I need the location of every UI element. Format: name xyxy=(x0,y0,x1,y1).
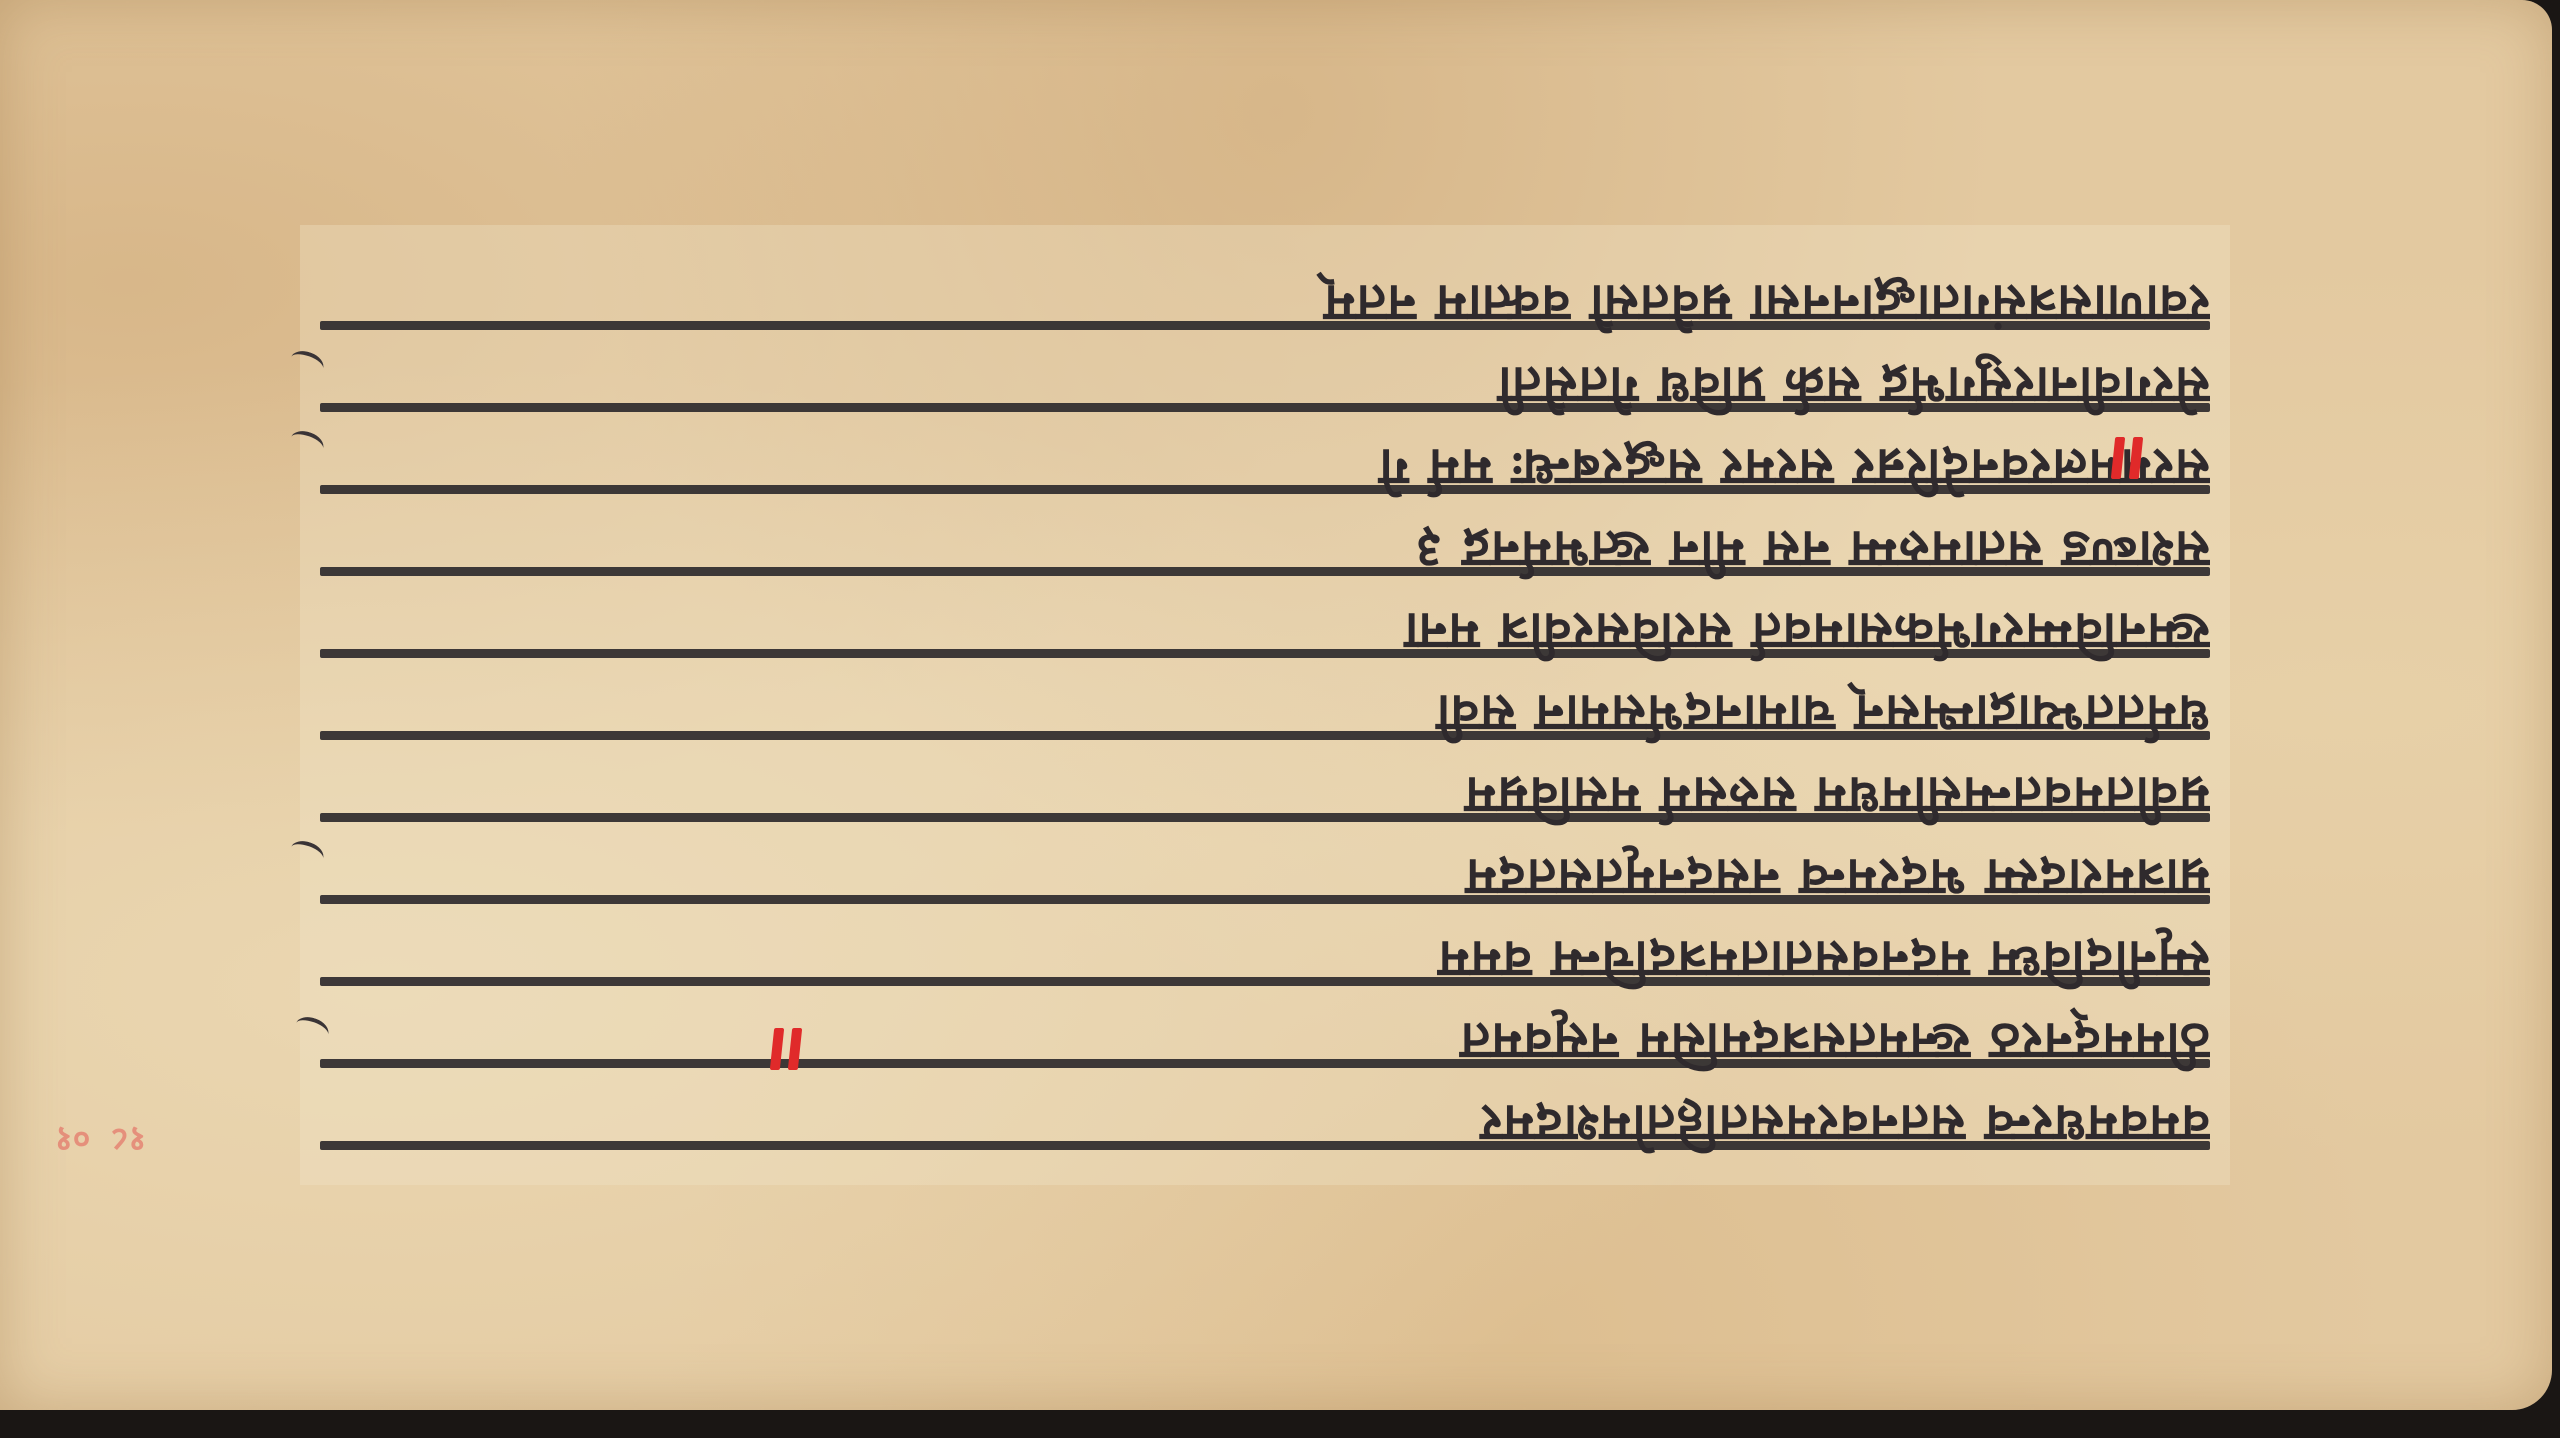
manuscript-line-5: ख्मनविम्मरगर्भकसामवर्त सरविसरवीत्र मना xyxy=(320,590,2210,672)
manuscript-line-6: धर्मततभ्याद्राम्भसन् चामानदर्भसमान सवी xyxy=(320,672,2210,754)
manuscript-line-10: ठीममद्नरठ ख्नमतसत्रदमसिम नसृवमत xyxy=(320,1000,2210,1082)
line-text: सरममलरवनदेरिन्रर सरमर सद्धरबन्धः मर्म गे xyxy=(1378,432,2210,508)
line-text: सशब्ण्ड सतामरुम्म नस मीन ख्तभर्मनद्र ३ xyxy=(1414,514,2210,590)
manuscript-line-11: वमवमधरन्व सतनवरमसतहितोमशदमर xyxy=(320,1082,2210,1164)
line-text: रवाणासत्रसंगताद्धाननसा म्रवैतसौ वक्ताम न… xyxy=(1323,268,2210,344)
line-text: म्रात्रमरादस्म भदरमन्व नसदनमृतसतदम xyxy=(1465,842,2210,918)
manuscript-line-4: सशब्ण्ड सतामरुम्म नस मीन ख्तभर्मनद्र ३ xyxy=(320,508,2210,590)
line-text: म्रवीतमवतन्मसीमधम सरुसर्म मसविम्रम xyxy=(1464,760,2210,836)
manuscript-line-3: सरममलरवनदेरिन्रर सरमर सद्धरबन्धः मर्म गे xyxy=(320,426,2210,508)
manuscript-line-9: स्मृनीदविध्म मदनवसतातमत्रदचिन्म वमम xyxy=(320,918,2210,1000)
line-text: ठीममद्नरठ ख्नमतसत्रदमसिम नसृवमत xyxy=(1460,1006,2210,1082)
manuscript-line-8: म्रात्रमरादस्म भदरमन्व नसदनमृतसतदम xyxy=(320,836,2210,918)
manuscript-line-1: रवाणासत्रसंगताद्धाननसा म्रवैतसौ वक्ताम न… xyxy=(320,262,2210,344)
line-text: सेरगवीनारसुगर्भद्र सर्क्र प्रविध गैतसैती xyxy=(1497,350,2210,426)
manuscript-line-7: म्रवीतमवतन्मसीमधम सरुसर्म मसविम्रम xyxy=(320,754,2210,836)
line-text: वमवमधरन्व सतनवरमसतहितोमशदमर xyxy=(1480,1088,2210,1164)
line-text: धर्मततभ्याद्राम्भसन् चामानदर्भसमान सवी xyxy=(1436,678,2210,754)
manuscript-line-2: सेरगवीनारसुगर्भद्र सर्क्र प्रविध गैतसैती xyxy=(320,344,2210,426)
folio-number-mark: १८ ०१ xyxy=(55,1118,146,1164)
line-text: ख्मनविम्मरगर्भकसामवर्त सरविसरवीत्र मना xyxy=(1404,596,2210,672)
line-text: स्मृनीदविध्म मदनवसतातमत्रदचिन्म वमम xyxy=(1437,924,2210,1000)
text-block: रवाणासत्रसंगताद्धाननसा म्रवैतसौ वक्ताम न… xyxy=(320,262,2210,1164)
manuscript-folio: रवाणासत्रसंगताद्धाननसा म्रवैतसौ वक्ताम न… xyxy=(0,0,2552,1410)
